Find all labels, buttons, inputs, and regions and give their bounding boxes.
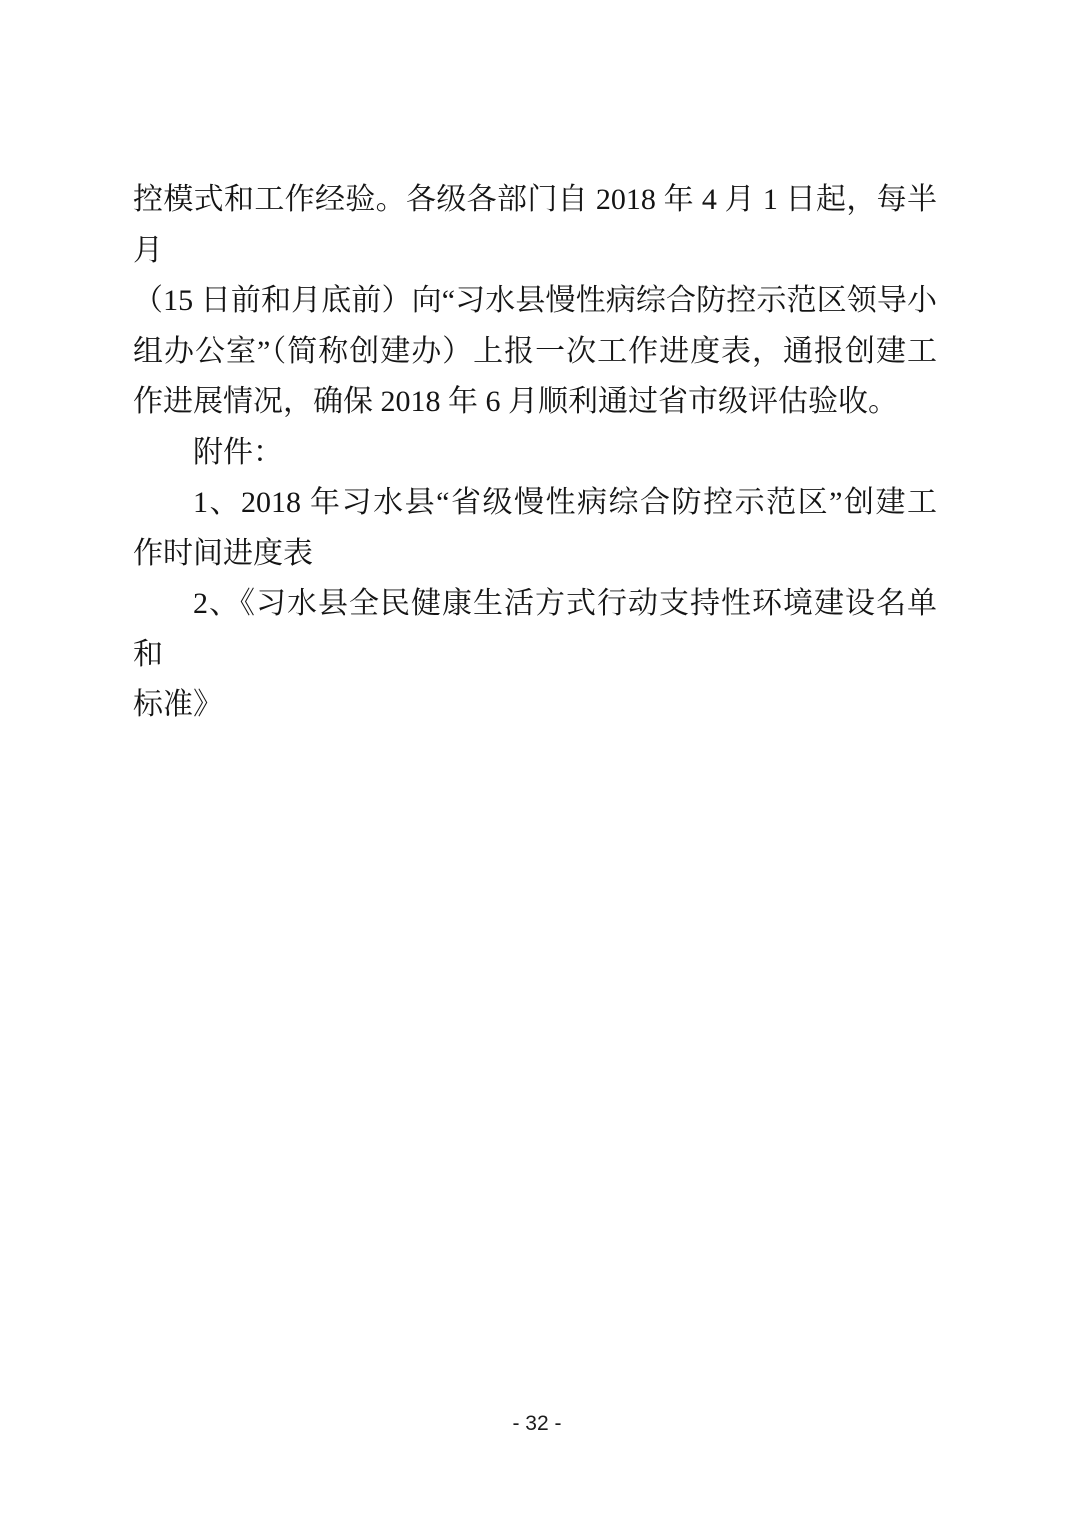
attachment-item-1-line: 作时间进度表 [133, 529, 937, 580]
attachment-item-2-line: 标准》 [133, 680, 937, 731]
body-text-line: 控模式和工作经验。各级各部门自 2018 年 4 月 1 日起，每半月 [133, 175, 937, 276]
attachment-item-1-line: 1、2018 年习水县“省级慢性病综合防控示范区”创建工 [133, 478, 937, 529]
attachments-label: 附件： [133, 428, 937, 479]
page-number: - 32 - [0, 1412, 1074, 1436]
body-text-line: 组办公室”（简称创建办）上报一次工作进度表，通报创建工 [133, 327, 937, 378]
document-page: 控模式和工作经验。各级各部门自 2018 年 4 月 1 日起，每半月 （15 … [0, 0, 1074, 1520]
body-text-line: （15 日前和月底前）向“习水县慢性病综合防控示范区领导小 [133, 276, 937, 327]
body-text-line: 作进展情况，确保 2018 年 6 月顺利通过省市级评估验收。 [133, 377, 937, 428]
document-body: 控模式和工作经验。各级各部门自 2018 年 4 月 1 日起，每半月 （15 … [133, 175, 937, 731]
attachment-item-2-line: 2、《习水县全民健康生活方式行动支持性环境建设名单和 [133, 579, 937, 680]
